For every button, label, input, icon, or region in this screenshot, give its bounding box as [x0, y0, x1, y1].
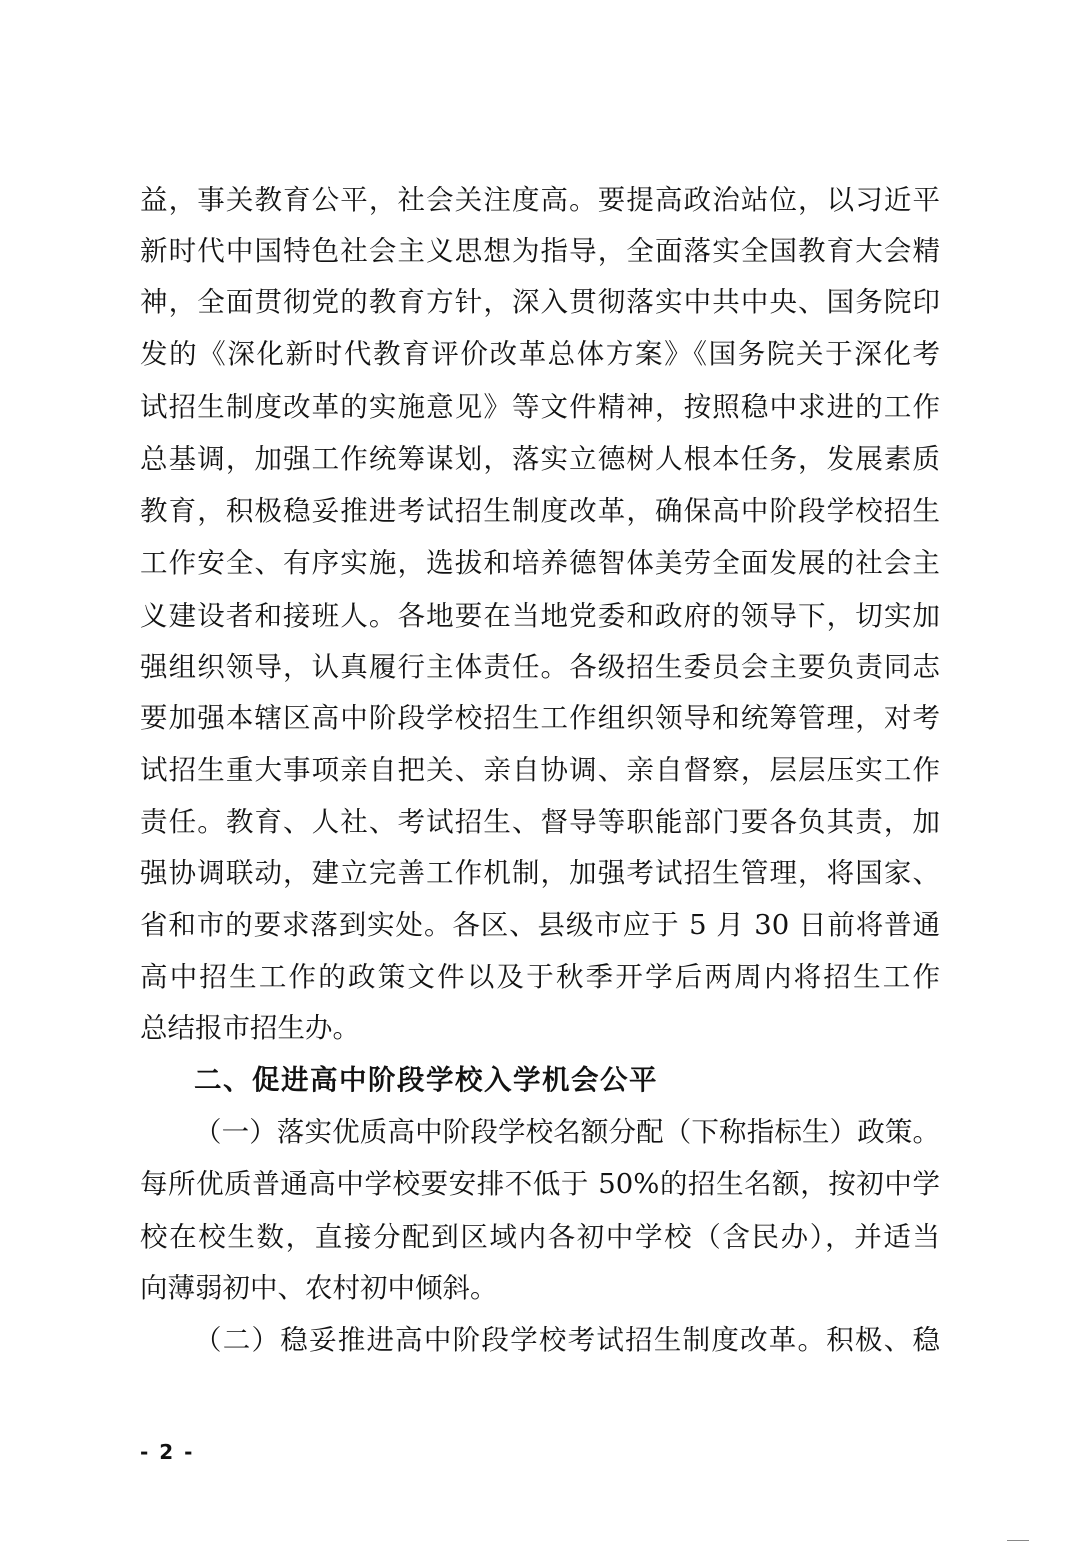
body-text-line: 强协调联动，建立完善工作机制，加强考试招生管理，将国家、	[140, 853, 940, 893]
body-text-line: 教育，积极稳妥推进考试招生制度改革，确保高中阶段学校招生	[140, 491, 940, 531]
body-text-line: 校在校生数，直接分配到区域内各初中学校（含民办），并适当	[140, 1217, 940, 1257]
document-page: 益，事关教育公平，社会关注度高。要提高政治站位，以习近平 新时代中国特色社会主义…	[0, 0, 1080, 1542]
body-text-line: 试招生制度改革的实施意见》等文件精神，按照稳中求进的工作	[140, 387, 940, 427]
body-text-line: 工作安全、有序实施，选拔和培养德智体美劳全面发展的社会主	[140, 543, 940, 583]
body-text-line: 要加强本辖区高中阶段学校招生工作组织领导和统筹管理，对考	[140, 698, 940, 738]
body-text-line: 向薄弱初中、农村初中倾斜。	[140, 1268, 940, 1308]
body-text-line: 省和市的要求落到实处。各区、县级市应于 5 月 30 日前将普通	[140, 905, 940, 945]
subsection-1-title: （一）落实优质高中阶段学校名额分配（下称指标生）政策。	[194, 1112, 940, 1152]
page-number: - 2 -	[140, 1440, 194, 1464]
section-heading: 二、促进高中阶段学校入学机会公平	[194, 1060, 940, 1100]
body-text-line: 试招生重大事项亲自把关、亲自协调、亲自督察，层层压实工作	[140, 750, 940, 790]
body-text-line: 新时代中国特色社会主义思想为指导，全面落实全国教育大会精	[140, 231, 940, 271]
body-text-line: 责任。教育、人社、考试招生、督导等职能部门要各负其责，加	[140, 802, 940, 842]
scan-mark-divider	[1007, 1540, 1029, 1541]
body-text-line: 义建设者和接班人。各地要在当地党委和政府的领导下，切实加	[140, 596, 940, 636]
body-text-line: 神，全面贯彻党的教育方针，深入贯彻落实中共中央、国务院印	[140, 282, 940, 322]
body-text-line: 每所优质普通高中学校要安排不低于 50%的招生名额，按初中学	[140, 1164, 940, 1204]
body-text-line: 强组织领导，认真履行主体责任。各级招生委员会主要负责同志	[140, 647, 940, 687]
body-text-line: 高中招生工作的政策文件以及于秋季开学后两周内将招生工作	[140, 957, 940, 997]
body-text-line: 发的《深化新时代教育评价改革总体方案》《国务院关于深化考	[140, 334, 940, 374]
body-text-line: 总基调，加强工作统筹谋划，落实立德树人根本任务，发展素质	[140, 439, 940, 479]
body-text-line: 总结报市招生办。	[140, 1008, 940, 1048]
subsection-2-title: （二）稳妥推进高中阶段学校考试招生制度改革。积极、稳	[194, 1320, 940, 1360]
body-text-line: 益，事关教育公平，社会关注度高。要提高政治站位，以习近平	[140, 180, 940, 220]
